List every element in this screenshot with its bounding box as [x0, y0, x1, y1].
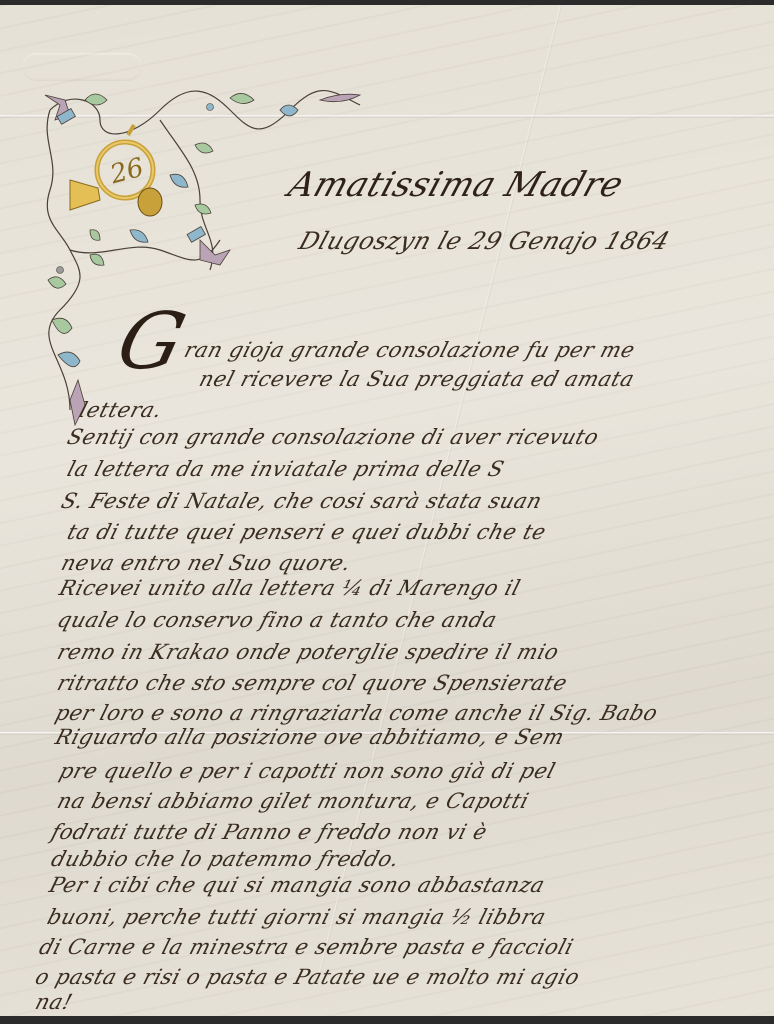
letter-line: dubbio che lo patemmo freddo. [49, 847, 403, 871]
letter-line: ta di tutte quei penseri e quei dubbi ch… [65, 520, 550, 544]
letter-line: Riguardo alla posizione ove abbitiamo, e… [53, 725, 568, 749]
letter-line: ritratto che sto sempre col quore Spensi… [55, 671, 571, 695]
letter-line: di Carne e la minestra e sembre pasta e … [37, 935, 577, 959]
letter-line: o pasta e risi o pasta e Patate ue e mol… [33, 965, 583, 989]
letter-line: nel ricevere la Sua preggiata ed amata [197, 367, 638, 391]
letter-line: S. Feste di Natale, che cosi sarà stata … [59, 489, 545, 513]
hunting-horn-icon: 26 [70, 125, 162, 216]
letter-line: neva entro nel Suo quore. [59, 551, 354, 575]
letter-line: ran gioja grande consolazione fu per me [182, 338, 638, 362]
letter-line: na bensi abbiamo gilet montura, e Capott… [55, 789, 532, 813]
letter-line: buoni, perche tutti giorni si mangia ½ l… [45, 905, 549, 929]
scan-frame-bottom [0, 1016, 774, 1024]
letter-line: Sentij con grande consolazione di aver r… [65, 425, 602, 449]
salutation: Amatissima Madre [284, 165, 629, 205]
svg-text:26: 26 [106, 153, 147, 191]
letter-line: remo in Krakao onde poterglie spedire il… [55, 640, 562, 664]
dateline: Dlugoszyn le 29 Genajo 1864 [295, 227, 673, 255]
letter-line: fodrati tutte di Panno e freddo non vi è [49, 820, 491, 844]
letter-line: lettera. [77, 398, 166, 422]
letter-line: pre quello e per i capotti non sono già … [57, 759, 559, 783]
letter-line: Per i cibi che qui si mangia sono abbast… [47, 873, 548, 897]
letter-line: quale lo conservo fino a tanto che anda [55, 608, 500, 632]
letter-line: na! [33, 990, 76, 1014]
letter-line: Ricevei unito alla lettera ¼ di Marengo … [57, 576, 524, 600]
letter-line: per loro e sono a ringraziarla come anch… [53, 701, 661, 725]
embossed-stamp [22, 53, 142, 81]
letter-line: la lettera da me inviatale prima delle S [65, 457, 507, 481]
letter-paper: 26 Amatissima Madre Dlugoszyn le 29 Gena… [0, 5, 774, 1016]
